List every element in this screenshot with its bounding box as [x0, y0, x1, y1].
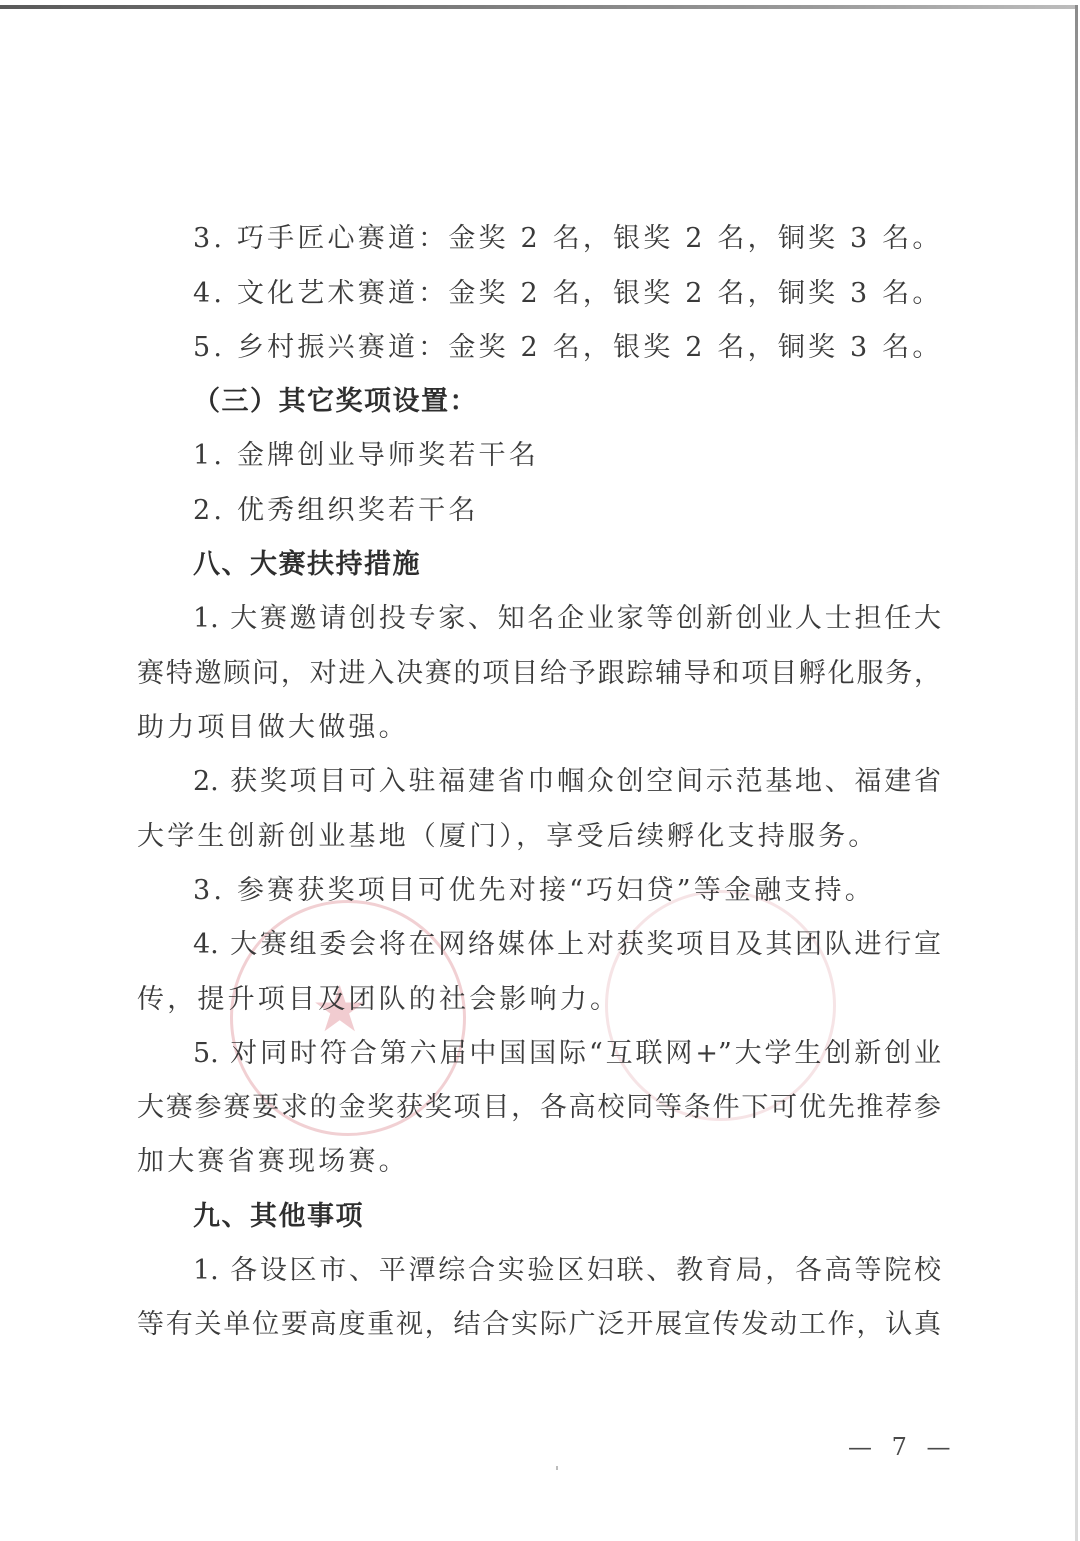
page-right-edge	[1075, 5, 1078, 1541]
paragraph-other-1-line-1: 1. 各设区市、平潭综合实验区妇联、教育局，各高等院校	[193, 1254, 941, 1288]
paragraph-other-1-line-2: 等有关单位要高度重视，结合实际广泛开展宣传发动工作，认真	[137, 1308, 941, 1342]
subheading-other-awards: （三）其它奖项设置：	[193, 385, 478, 419]
paragraph-support-2-line-1: 2. 获奖项目可入驻福建省巾帼众创空间示范基地、福建省	[193, 765, 941, 799]
award-item-organization: 2. 优秀组织奖若干名	[193, 494, 479, 528]
award-item-mentor: 1. 金牌创业导师奖若干名	[193, 439, 539, 473]
section-heading-support-measures: 八、大赛扶持措施	[193, 548, 421, 582]
paragraph-support-5-line-3: 加大赛省赛现场赛。	[137, 1145, 409, 1179]
paragraph-support-1-line-1: 1. 大赛邀请创投专家、知名企业家等创新创业人士担任大	[193, 602, 941, 636]
official-seal-stamp-faint	[605, 890, 836, 1121]
paragraph-support-2-line-2: 大学生创新创业基地（厦门），享受后续孵化支持服务。	[137, 820, 879, 854]
paragraph-support-1-line-3: 助力项目做大做强。	[137, 711, 409, 745]
paragraph-support-4-line-2: 传，提升项目及团队的社会影响力。	[137, 983, 620, 1017]
paragraph-support-3: 3. 参赛获奖项目可优先对接“巧妇贷”等金融支持。	[193, 874, 875, 908]
scan-speck	[556, 1466, 558, 1470]
paragraph-support-5-line-1: 5. 对同时符合第六届中国国际“互联网+”大学生创新创业	[193, 1037, 941, 1071]
award-item-craft-track: 3. 巧手匠心赛道：金奖 2 名，银奖 2 名，铜奖 3 名。	[193, 222, 943, 256]
page-number: — 7 —	[848, 1433, 957, 1461]
page-top-edge	[0, 5, 1078, 9]
paragraph-support-1-line-2: 赛特邀顾问，对进入决赛的项目给予跟踪辅导和项目孵化服务，	[137, 657, 941, 691]
award-item-rural-revitalization-track: 5. 乡村振兴赛道：金奖 2 名，银奖 2 名，铜奖 3 名。	[193, 331, 943, 365]
section-heading-other-matters: 九、其他事项	[193, 1200, 364, 1234]
paragraph-support-5-line-2: 大赛参赛要求的金奖获奖项目，各高校同等条件下可优先推荐参	[137, 1091, 941, 1125]
award-item-culture-art-track: 4. 文化艺术赛道：金奖 2 名，银奖 2 名，铜奖 3 名。	[193, 277, 943, 311]
paragraph-support-4-line-1: 4. 大赛组委会将在网络媒体上对获奖项目及其团队进行宣	[193, 928, 941, 962]
